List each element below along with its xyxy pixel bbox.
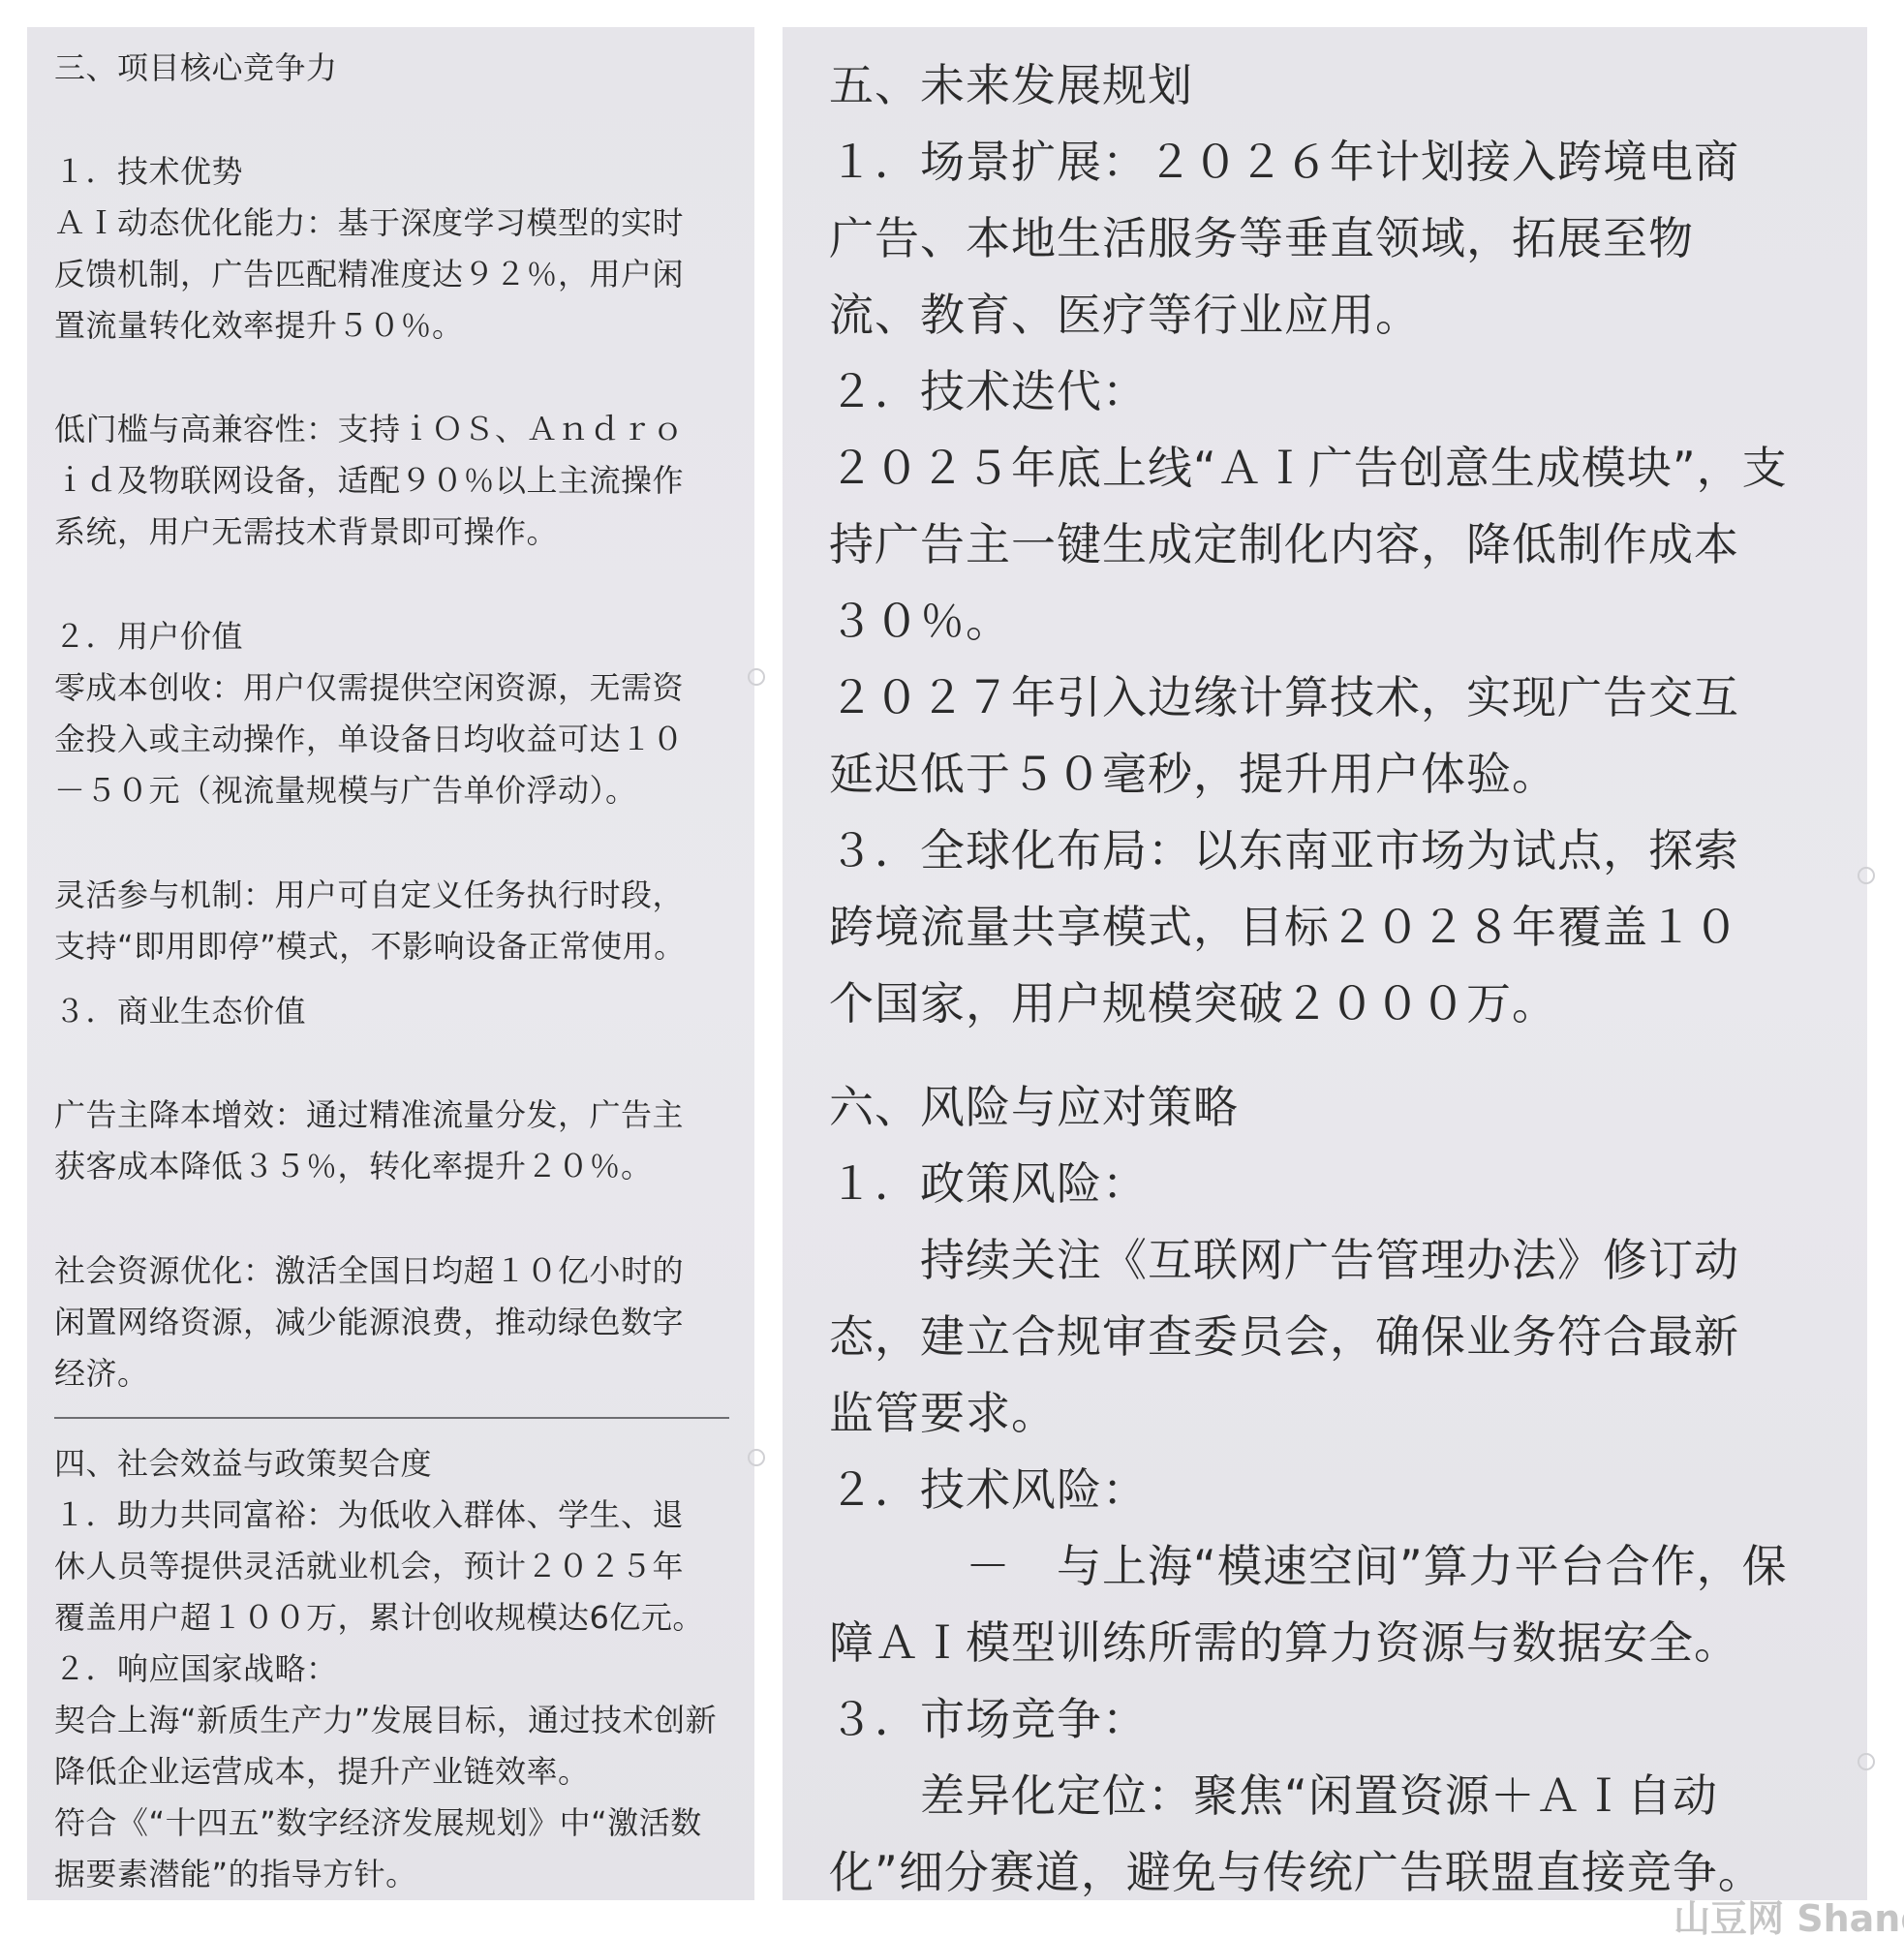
s3-item2-title: ２．用户价值 (54, 612, 243, 657)
s3-item1-text-line: 低门槛与高兼容性：支持ｉＯＳ、Ａｎｄｒｏ (54, 405, 684, 449)
s5-item2-text-line: ３０％。 (829, 586, 1011, 650)
s5-item3-text-line: ３．全球化布局：以东南亚市场为试点，探索 (829, 815, 1739, 879)
s6-item1-text-line: 态，建立合规审查委员会，确保业务符合最新 (829, 1302, 1739, 1366)
s3-item3-text-line: 经济。 (54, 1349, 149, 1394)
s4-item2-text-line: 契合上海“新质生产力”发展目标，通过技术创新 (54, 1696, 717, 1740)
s6-item2-text-line: － 与上海“模速空间”算力平台合作，保 (829, 1531, 1788, 1595)
scroll-ring-icon (1858, 1753, 1875, 1770)
section-3-heading: 三、项目核心竞争力 (54, 44, 338, 88)
s3-item3-text-line: 闲置网络资源，减少能源浪费，推动绿色数字 (54, 1298, 684, 1342)
s5-item2-text-line: 延迟低于５０毫秒，提升用户体验。 (829, 739, 1557, 803)
s3-item1-text-line: 系统，用户无需技术背景即可操作。 (54, 507, 558, 552)
s4-item2-text-line: 符合《“十四五”数字经济发展规划》中“激活数 (54, 1799, 702, 1843)
s5-item2-text-line: ２０２７年引入边缘计算技术，实现广告交互 (829, 662, 1739, 726)
s4-item2-text-line: 降低企业运营成本，提升产业链效率。 (54, 1747, 590, 1792)
s6-item3-title: ３．市场竞争： (829, 1684, 1148, 1748)
s3-item2-text-line: 支持“即用即停”模式，不影响设备正常使用。 (54, 922, 686, 967)
s6-item1-text-line: 持续关注《互联网广告管理办法》修订动 (829, 1225, 1739, 1289)
s3-item2-text-line: 灵活参与机制：用户可自定义任务执行时段， (54, 871, 684, 915)
s3-item3-text-line: 广告主降本增效：通过精准流量分发，广告主 (54, 1091, 684, 1135)
s4-item2-title: ２．响应国家战略： (54, 1645, 338, 1689)
s6-item3-text-line: 差异化定位：聚焦“闲置资源＋ＡＩ自动 (829, 1761, 1718, 1825)
s3-item1-text-line: ＡＩ动态优化能力：基于深度学习模型的实时 (54, 199, 684, 243)
s3-item1-text-line: 反馈机制，广告匹配精准度达９２％，用户闲 (54, 250, 684, 294)
watermark-logo: 山豆网 Shandou.net (1674, 1889, 1904, 1937)
s5-item2-title: ２．技术迭代： (829, 356, 1148, 420)
s5-item1-text-line: 广告、本地生活服务等垂直领域，拓展至物 (829, 203, 1694, 267)
s3-item2-text-line: －５０元（视流量规模与广告单价浮动）。 (54, 766, 637, 811)
s6-item2-title: ２．技术风险： (829, 1455, 1148, 1519)
s3-item3-title: ３．商业生态价值 (54, 987, 306, 1031)
s3-item3-text-line: 获客成本降低３５％，转化率提升２０％。 (54, 1142, 653, 1186)
s4-item2-text-line: 据要素潜能”的指导方针。 (54, 1850, 417, 1894)
section-divider (54, 1417, 729, 1419)
s6-item3-text-line: 化”细分赛道，避免与传统广告联盟直接竞争。 (829, 1837, 1764, 1901)
scroll-ring-icon (1858, 867, 1875, 884)
s5-item2-text-line: 持广告主一键生成定制化内容，降低制作成本 (829, 509, 1739, 573)
s6-item1-title: １．政策风险： (829, 1149, 1148, 1213)
section-4-heading: 四、社会效益与政策契合度 (54, 1439, 432, 1484)
s5-item3-text-line: 个国家，用户规模突破２０００万。 (829, 968, 1557, 1032)
s3-item1-title: １．技术优势 (54, 147, 243, 192)
section-5-heading: 五、未来发展规划 (829, 50, 1193, 114)
s6-item1-text-line: 监管要求。 (829, 1378, 1057, 1442)
s5-item1-text-line: １．场景扩展：２０２６年计划接入跨境电商 (829, 127, 1739, 191)
s3-item2-text-line: 零成本创收：用户仅需提供空闲资源，无需资 (54, 663, 684, 708)
s5-item2-text-line: ２０２５年底上线“ＡＩ广告创意生成模块”，支 (829, 433, 1788, 497)
s4-item1-text-line: 覆盖用户超１００万，累计创收规模达6亿元。 (54, 1593, 704, 1638)
s5-item3-text-line: 跨境流量共享模式，目标２０２８年覆盖１０ (829, 892, 1739, 956)
s3-item1-text-line: ｉｄ及物联网设备，适配９０％以上主流操作 (54, 456, 684, 501)
scroll-ring-icon (748, 668, 765, 686)
scroll-ring-icon (748, 1449, 765, 1466)
s5-item1-text-line: 流、教育、医疗等行业应用。 (829, 280, 1421, 344)
s6-item2-text-line: 障ＡＩ模型训练所需的算力资源与数据安全。 (829, 1608, 1739, 1672)
s3-item3-text-line: 社会资源优化：激活全国日均超１０亿小时的 (54, 1246, 684, 1291)
section-6-heading: 六、风险与应对策略 (829, 1072, 1239, 1136)
s4-item1-text-line: １．助力共同富裕：为低收入群体、学生、退 (54, 1491, 684, 1535)
s3-item1-text-line: 置流量转化效率提升５０％。 (54, 301, 464, 346)
s4-item1-text-line: 休人员等提供灵活就业机会，预计２０２５年 (54, 1542, 684, 1586)
s3-item2-text-line: 金投入或主动操作，单设备日均收益可达１０ (54, 715, 684, 759)
